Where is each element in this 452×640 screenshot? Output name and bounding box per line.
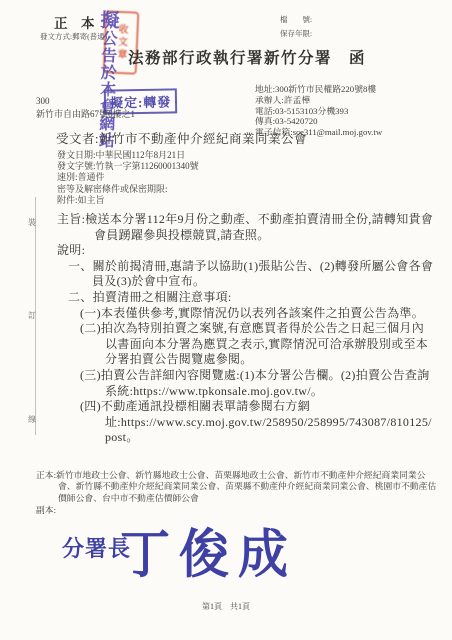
- agency-phone: 電話:03-5153103分機393: [255, 106, 382, 117]
- draft-note-head: 擬: [97, 10, 119, 31]
- explanation-subitem-2: (二)拍次為特別拍賣之案號,有意應買者得於公告之日起三個月內以書面向本分署為應買…: [80, 321, 435, 368]
- agency-address: 地址:300新竹市民權路220號8樓: [255, 84, 382, 95]
- security-class: 密等及解密條件或保密期限:: [57, 184, 199, 195]
- explanation-subitem-1: (一)本表僅供參考,實際情況仍以表列各該案件之拍賣公告為準。: [80, 306, 435, 322]
- document-number: 發文字號:竹執一字第11260001340號: [57, 161, 199, 172]
- distribution-block: 正本:新竹市地政士公會、新竹縣地政士公會、苗栗縣地政士公會、新竹市不動產仲介經紀…: [36, 470, 439, 516]
- file-number-label: 檔 號:: [280, 14, 312, 25]
- explanation-item-2: 二、拍賣清冊之相關注意事項:: [68, 290, 435, 306]
- copy-type-label: 正 本: [54, 12, 95, 32]
- explanation-subitem-3: (三)拍賣公告詳細內容閱覽處:(1)本分署公告欄。(2)拍賣公告查詢系統:htt…: [80, 368, 435, 399]
- binding-mark-zhuang: 裝: [26, 217, 38, 228]
- recipient-address: 新竹市自由路67號6樓之1: [36, 107, 135, 120]
- agency-handler: 承辦人:許孟樺: [255, 95, 382, 106]
- recipient-zip: 300: [36, 96, 50, 106]
- agency-fax: 傳真:03-5420720: [255, 116, 382, 127]
- explanation-item-1: 一、關於前揭清冊,惠請予以協助(1)張貼公告、(2)轉發所屬公會各會員及(3)於…: [68, 259, 435, 290]
- signature-name: 丁俊成: [120, 512, 297, 588]
- primary-recipients: 正本:新竹市地政士公會、新竹縣地政士公會、苗栗縣地政士公會、新竹市不動產仲介經紀…: [36, 470, 439, 504]
- retention-period-label: 保存年限:: [280, 28, 312, 39]
- explanation-subitem-4: (四)不動產通訊投標相關表單請參閱右方網址:https://www.scy.mo…: [80, 399, 435, 446]
- document-title: 法務部行政執行署新竹分署 函: [128, 46, 366, 68]
- issue-date: 發文日期:中華民國112年8月21日: [57, 150, 199, 161]
- document-page: 正 本 發文方式:郵寄(普通) 收文章 擬公告於本會網站 擬定:轉發 法務部行政…: [0, 0, 452, 640]
- recipient-line: 受文者:新竹市不動產仲介經紀商業同業公會: [56, 129, 307, 147]
- document-body: 主旨:檢送本分署112年9月份之動產、不動產拍賣清冊全份,請轉知貴會會員踴躍參與…: [57, 212, 435, 446]
- page-number-footer: 第1頁 共1頁: [0, 601, 452, 612]
- binding-mark-ding: 訂: [26, 310, 38, 321]
- binding-mark-xian: 線: [26, 414, 38, 425]
- subject-line: 主旨:檢送本分署112年9月份之動產、不動產拍賣清冊全份,請轉知貴會會員踴躍參與…: [57, 212, 435, 243]
- document-meta-block: 發文日期:中華民國112年8月21日 發文字號:竹執一字第11260001340…: [57, 150, 199, 206]
- explanation-heading: 說明:: [57, 243, 435, 259]
- attachment-note: 附件:如主旨: [57, 195, 199, 206]
- speed-class: 速別:普通件: [57, 172, 199, 183]
